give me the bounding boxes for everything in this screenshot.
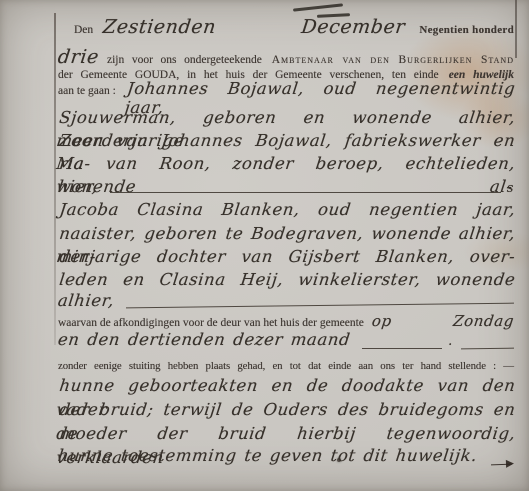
handwritten-groom-parents-1: Zoon van Johannes Bojawal, fabriekswerke… (58, 129, 517, 152)
handwritten-consent-1: moeder der bruid hierbij tegenwoordig, v… (58, 422, 517, 446)
right-page-edge-line (515, 0, 517, 58)
handwritten-groom-parents-2: ria van Roon, zonder beroep, echtelieden… (58, 152, 517, 175)
printed-aan-te-gaan: aan te gaan : (58, 85, 116, 97)
municipality-line: der Gemeente GOUDA, in het huis der Geme… (58, 63, 514, 79)
blank-filler-rule (362, 348, 442, 349)
cropped-handwriting-stroke (293, 3, 343, 11)
handwritten-year: drie (57, 46, 101, 68)
printed-negentien-honderd: Negentien honderd (419, 24, 514, 36)
handwritten-banns-date: en den dertienden dezer maand (57, 330, 352, 349)
handwritten-documents-1: hunne geboorteakten en de doodakte van d… (58, 374, 517, 398)
banns-line: waarvan de afkondigingen voor de deur va… (58, 312, 514, 330)
year-and-officiant-line: drie zijn voor ons ondergeteekende Ambte… (58, 46, 514, 63)
handwritten-bride-parents-1: derjarige dochter van Gijsbert Blanken, … (58, 245, 517, 268)
blank-filler-rule (461, 348, 514, 350)
left-ruled-margin-line (54, 13, 56, 345)
blank-filler-rule (126, 303, 514, 309)
act-text: Den Zestienden December Negentien honder… (58, 16, 514, 472)
banns-date-line: en den dertienden dezer maand . (58, 330, 514, 355)
document-scan: Den Zestienden December Negentien honder… (0, 0, 529, 491)
closing-arrow-stroke (491, 464, 512, 466)
handwritten-banns-day: op Zondag (371, 312, 515, 330)
handwritten-consent-2: hunne toestemming te geven tot dit huwel… (57, 446, 479, 465)
handwritten-documents-2: der bruid; terwijl de Ouders des bruideg… (58, 398, 517, 422)
handwritten-date: Zestienden December (102, 16, 407, 38)
handwritten-groom-occupation: Sjouwerman, geboren en wonende alhier, m… (58, 106, 517, 129)
date-line: Den Zestienden December Negentien honder… (58, 16, 514, 46)
groom-intro-line: aan te gaan : Johannes Bojawal, oud nege… (58, 79, 514, 106)
handwritten-bride-birth: naaister, geboren te Bodegraven, wonende… (58, 222, 517, 245)
printed-den: Den (74, 24, 93, 36)
bride-section-close-line: alhier, (58, 291, 514, 312)
printed-banns-text: waarvan de afkondigingen voor de deur va… (58, 317, 364, 329)
handwritten-bride-name: Jacoba Clasina Blanken, oud negentien ja… (58, 198, 517, 222)
no-objection-line: zonder eenige stuiting hebben plaats geh… (58, 355, 514, 374)
handwritten-bride-parents-2: leden en Clasina Heij, winkelierster, wo… (58, 268, 517, 291)
ink-dot: . (448, 334, 453, 349)
handwritten-alhier: alhier, (57, 291, 116, 310)
handwritten-hier: hier, (57, 175, 100, 198)
